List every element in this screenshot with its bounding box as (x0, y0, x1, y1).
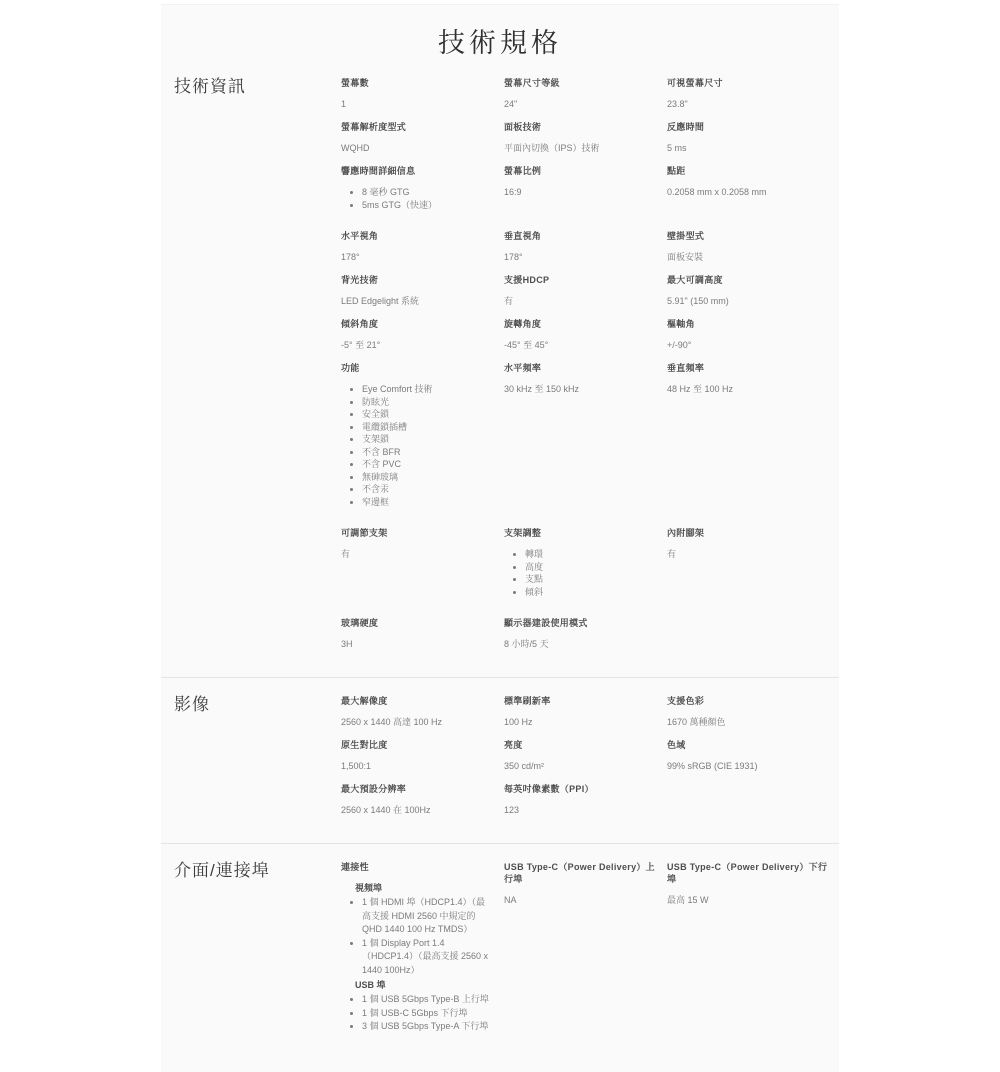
spec-label: 支援HDCP (504, 274, 657, 286)
spec-value: LED Edgelight 系統 (341, 295, 494, 307)
spec-value: 有 (341, 548, 494, 560)
spec-bullet-list: Eye Comfort 技術防眩光安全鎖電纜鎖插槽支架鎖不含 BFR不含 PVC… (341, 383, 494, 508)
section-title: 影像 (161, 695, 341, 827)
spec-label: 點距 (667, 165, 829, 177)
spec-bullet: 高度 (525, 561, 657, 574)
spec-bullet: 不含汞 (362, 483, 494, 496)
section-rows: 螢幕數1螢幕尺寸等級24"可視螢幕尺寸23.8"螢幕解析度型式WQHD面板技術平… (341, 77, 839, 661)
spec-cell: 壁掛型式面板安裝 (667, 230, 839, 263)
spec-cell: 支援色彩1670 萬種顏色 (667, 695, 839, 728)
spec-label: USB Type-C（Power Delivery）下行埠 (667, 861, 829, 885)
spec-cell: 支援HDCP有 (504, 274, 667, 307)
spec-value: WQHD (341, 142, 494, 154)
spec-cell: 連接性視頻埠1 個 HDMI 埠（HDCP1.4）（最高支援 HDMI 2560… (341, 861, 504, 1035)
spec-row: 背光技術LED Edgelight 系統支援HDCP有最大可調高度5.91" (… (341, 274, 839, 307)
spec-label: 標準刷新率 (504, 695, 657, 707)
spec-value: 350 cd/m² (504, 760, 657, 772)
spec-cell: 響應時間詳細信息8 毫秒 GTG5ms GTG（快速） (341, 165, 504, 219)
spec-cell (667, 617, 839, 650)
spec-label: 可調節支架 (341, 527, 494, 539)
spec-bullet: 支點 (525, 573, 657, 586)
spec-cell: 螢幕數1 (341, 77, 504, 110)
spec-label: 樞軸角 (667, 318, 829, 330)
spec-label: 支援色彩 (667, 695, 829, 707)
spec-bullet: 傾斜 (525, 586, 657, 599)
spec-cell: 顯示器建設使用模式8 小時/5 天 (504, 617, 667, 650)
spec-bullet: 支架鎖 (362, 433, 494, 446)
spec-value: 2560 x 1440 在 100Hz (341, 804, 494, 816)
spec-row: 水平視角178°垂直視角178°壁掛型式面板安裝 (341, 230, 839, 263)
spec-bullet: 不含 PVC (362, 458, 494, 471)
spec-value: 1 (341, 98, 494, 110)
spec-value: 2560 x 1440 高達 100 Hz (341, 716, 494, 728)
spec-cell: USB Type-C（Power Delivery）上行埠NA (504, 861, 667, 1035)
spec-label: 壁掛型式 (667, 230, 829, 242)
spec-label: USB Type-C（Power Delivery）上行埠 (504, 861, 657, 885)
spec-label: 旋轉角度 (504, 318, 657, 330)
spec-value: +/-90° (667, 339, 829, 351)
spec-cell: 旋轉角度-45° 至 45° (504, 318, 667, 351)
spec-row: 原生對比度1,500:1亮度350 cd/m²色域99% sRGB (CIE 1… (341, 739, 839, 772)
spec-cell: 背光技術LED Edgelight 系統 (341, 274, 504, 307)
spec-label: 內附腳架 (667, 527, 829, 539)
spec-label: 螢幕解析度型式 (341, 121, 494, 133)
spec-bullet-list: 1 個 HDMI 埠（HDCP1.4）（最高支援 HDMI 2560 中規定的 … (341, 896, 494, 977)
spec-subhead: USB 埠 (355, 979, 494, 991)
spec-value: 面板安裝 (667, 251, 829, 263)
spec-cell: 水平頻率30 kHz 至 150 kHz (504, 362, 667, 516)
spec-cell: 可調節支架有 (341, 527, 504, 606)
spec-value: 5 ms (667, 142, 829, 154)
spec-value: 1,500:1 (341, 760, 494, 772)
spec-label: 水平視角 (341, 230, 494, 242)
spec-row: 螢幕數1螢幕尺寸等級24"可視螢幕尺寸23.8" (341, 77, 839, 110)
spec-bullet: 8 毫秒 GTG (362, 186, 494, 199)
spec-cell: 水平視角178° (341, 230, 504, 263)
spec-value: 30 kHz 至 150 kHz (504, 383, 657, 395)
spec-label: 面板技術 (504, 121, 657, 133)
spec-value: 5.91" (150 mm) (667, 295, 829, 307)
spec-cell: 玻璃硬度3H (341, 617, 504, 650)
spec-row: 螢幕解析度型式WQHD面板技術平面內切換（IPS）技術反應時間5 ms (341, 121, 839, 154)
spec-cell: 可視螢幕尺寸23.8" (667, 77, 839, 110)
spec-bullet: 無砷玻璃 (362, 471, 494, 484)
spec-row: 最大解像度2560 x 1440 高達 100 Hz標準刷新率100 Hz支援色… (341, 695, 839, 728)
spec-bullet: 1 個 USB 5Gbps Type-B 上行埠 (362, 993, 494, 1007)
spec-row: 最大預設分辨率2560 x 1440 在 100Hz每英吋像素數（PPI）123 (341, 783, 839, 816)
spec-label: 螢幕數 (341, 77, 494, 89)
spec-bullet: Eye Comfort 技術 (362, 383, 494, 396)
spec-label: 原生對比度 (341, 739, 494, 751)
spec-bullet-list: 1 個 USB 5Gbps Type-B 上行埠1 個 USB-C 5Gbps … (341, 993, 494, 1034)
spec-bullet: 安全鎖 (362, 408, 494, 421)
spec-bullet: 1 個 USB-C 5Gbps 下行埠 (362, 1007, 494, 1021)
spec-value: 最高 15 W (667, 894, 829, 906)
spec-cell: 亮度350 cd/m² (504, 739, 667, 772)
section-2: 介面/連接埠連接性視頻埠1 個 HDMI 埠（HDCP1.4）（最高支援 HDM… (161, 843, 839, 1062)
spec-label: 水平頻率 (504, 362, 657, 374)
spec-value: 1670 萬種顏色 (667, 716, 829, 728)
spec-value: 48 Hz 至 100 Hz (667, 383, 829, 395)
spec-label: 背光技術 (341, 274, 494, 286)
spec-bullet-list: 轉環高度支點傾斜 (504, 548, 657, 598)
spec-cell: USB Type-C（Power Delivery）下行埠最高 15 W (667, 861, 839, 1035)
spec-label: 亮度 (504, 739, 657, 751)
spec-cell: 螢幕解析度型式WQHD (341, 121, 504, 154)
spec-cell: 螢幕比例16:9 (504, 165, 667, 219)
spec-value: 0.2058 mm x 0.2058 mm (667, 186, 829, 198)
spec-cell: 最大可調高度5.91" (150 mm) (667, 274, 839, 307)
sections-container: 技術資訊螢幕數1螢幕尺寸等級24"可視螢幕尺寸23.8"螢幕解析度型式WQHD面… (161, 77, 839, 1062)
spec-value: 3H (341, 638, 494, 650)
spec-value: 99% sRGB (CIE 1931) (667, 760, 829, 772)
spec-row: 傾斜角度-5° 至 21°旋轉角度-45° 至 45°樞軸角+/-90° (341, 318, 839, 351)
spec-cell: 功能Eye Comfort 技術防眩光安全鎖電纜鎖插槽支架鎖不含 BFR不含 P… (341, 362, 504, 516)
spec-value: 8 小時/5 天 (504, 638, 657, 650)
spec-value: -5° 至 21° (341, 339, 494, 351)
page-title: 技術規格 (161, 21, 839, 60)
spec-bullet-list: 8 毫秒 GTG5ms GTG（快速） (341, 186, 494, 211)
spec-bullet: 窄邊框 (362, 496, 494, 509)
spec-bullet: 1 個 Display Port 1.4（HDCP1.4）（最高支援 2560 … (362, 937, 494, 978)
spec-row: 玻璃硬度3H顯示器建設使用模式8 小時/5 天 (341, 617, 839, 650)
spec-cell: 色域99% sRGB (CIE 1931) (667, 739, 839, 772)
spec-cell (667, 783, 839, 816)
spec-cell: 支架調整轉環高度支點傾斜 (504, 527, 667, 606)
spec-panel: 技術規格 技術資訊螢幕數1螢幕尺寸等級24"可視螢幕尺寸23.8"螢幕解析度型式… (161, 4, 839, 1072)
spec-cell: 面板技術平面內切換（IPS）技術 (504, 121, 667, 154)
spec-value: NA (504, 894, 657, 906)
spec-label: 最大解像度 (341, 695, 494, 707)
spec-label: 垂直頻率 (667, 362, 829, 374)
spec-cell: 標準刷新率100 Hz (504, 695, 667, 728)
spec-label: 垂直視角 (504, 230, 657, 242)
spec-group: USB 埠1 個 USB 5Gbps Type-B 上行埠1 個 USB-C 5… (341, 979, 494, 1034)
spec-value: 178° (341, 251, 494, 263)
spec-cell: 原生對比度1,500:1 (341, 739, 504, 772)
spec-cell: 垂直頻率48 Hz 至 100 Hz (667, 362, 839, 516)
spec-label: 最大可調高度 (667, 274, 829, 286)
spec-row: 功能Eye Comfort 技術防眩光安全鎖電纜鎖插槽支架鎖不含 BFR不含 P… (341, 362, 839, 516)
spec-subhead: 視頻埠 (355, 882, 494, 894)
spec-label: 玻璃硬度 (341, 617, 494, 629)
spec-bullet: 電纜鎖插槽 (362, 421, 494, 434)
spec-value: 24" (504, 98, 657, 110)
spec-cell: 樞軸角+/-90° (667, 318, 839, 351)
section-1: 影像最大解像度2560 x 1440 高達 100 Hz標準刷新率100 Hz支… (161, 677, 839, 843)
spec-cell: 每英吋像素數（PPI）123 (504, 783, 667, 816)
spec-label: 顯示器建設使用模式 (504, 617, 657, 629)
section-rows: 連接性視頻埠1 個 HDMI 埠（HDCP1.4）（最高支援 HDMI 2560… (341, 861, 839, 1046)
page: 技術規格 技術資訊螢幕數1螢幕尺寸等級24"可視螢幕尺寸23.8"螢幕解析度型式… (0, 4, 1000, 1072)
spec-value: 有 (667, 548, 829, 560)
spec-label: 連接性 (341, 861, 494, 873)
spec-cell: 垂直視角178° (504, 230, 667, 263)
spec-bullet: 轉環 (525, 548, 657, 561)
spec-bullet: 5ms GTG（快速） (362, 199, 494, 212)
section-title: 技術資訊 (161, 77, 341, 661)
section-title: 介面/連接埠 (161, 861, 341, 1046)
spec-row: 響應時間詳細信息8 毫秒 GTG5ms GTG（快速）螢幕比例16:9點距0.2… (341, 165, 839, 219)
spec-cell: 內附腳架有 (667, 527, 839, 606)
spec-cell: 螢幕尺寸等級24" (504, 77, 667, 110)
spec-label: 響應時間詳細信息 (341, 165, 494, 177)
spec-value: 178° (504, 251, 657, 263)
spec-value: 100 Hz (504, 716, 657, 728)
section-rows: 最大解像度2560 x 1440 高達 100 Hz標準刷新率100 Hz支援色… (341, 695, 839, 827)
section-0: 技術資訊螢幕數1螢幕尺寸等級24"可視螢幕尺寸23.8"螢幕解析度型式WQHD面… (161, 77, 839, 677)
spec-value: 123 (504, 804, 657, 816)
spec-cell: 最大解像度2560 x 1440 高達 100 Hz (341, 695, 504, 728)
spec-cell: 傾斜角度-5° 至 21° (341, 318, 504, 351)
spec-bullet: 防眩光 (362, 396, 494, 409)
spec-label: 反應時間 (667, 121, 829, 133)
spec-row: 可調節支架有支架調整轉環高度支點傾斜內附腳架有 (341, 527, 839, 606)
spec-cell: 反應時間5 ms (667, 121, 839, 154)
spec-bullet: 3 個 USB 5Gbps Type-A 下行埠 (362, 1020, 494, 1034)
spec-label: 每英吋像素數（PPI） (504, 783, 657, 795)
spec-label: 最大預設分辨率 (341, 783, 494, 795)
spec-value: 有 (504, 295, 657, 307)
spec-group: 視頻埠1 個 HDMI 埠（HDCP1.4）（最高支援 HDMI 2560 中規… (341, 882, 494, 977)
spec-bullet: 1 個 HDMI 埠（HDCP1.4）（最高支援 HDMI 2560 中規定的 … (362, 896, 494, 937)
spec-label: 支架調整 (504, 527, 657, 539)
spec-bullet: 不含 BFR (362, 446, 494, 459)
spec-cell: 最大預設分辨率2560 x 1440 在 100Hz (341, 783, 504, 816)
spec-label: 功能 (341, 362, 494, 374)
spec-row: 連接性視頻埠1 個 HDMI 埠（HDCP1.4）（最高支援 HDMI 2560… (341, 861, 839, 1035)
spec-label: 螢幕比例 (504, 165, 657, 177)
spec-value: 平面內切換（IPS）技術 (504, 142, 657, 154)
spec-label: 螢幕尺寸等級 (504, 77, 657, 89)
spec-value: 23.8" (667, 98, 829, 110)
spec-label: 可視螢幕尺寸 (667, 77, 829, 89)
spec-label: 色域 (667, 739, 829, 751)
spec-value: -45° 至 45° (504, 339, 657, 351)
spec-cell: 點距0.2058 mm x 0.2058 mm (667, 165, 839, 219)
spec-value: 16:9 (504, 186, 657, 198)
spec-label: 傾斜角度 (341, 318, 494, 330)
